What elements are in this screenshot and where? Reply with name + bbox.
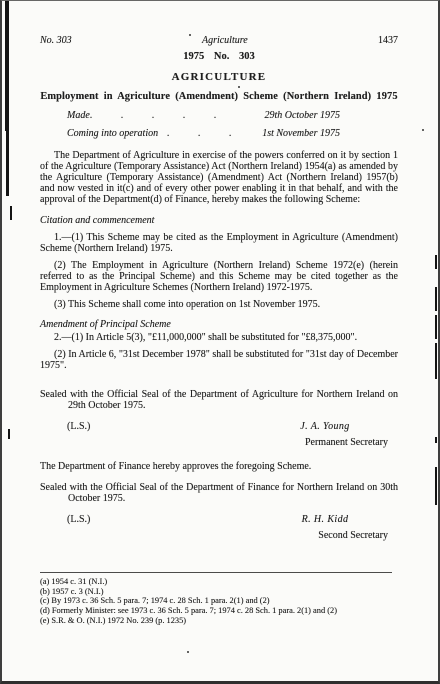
scan-artifact — [10, 206, 12, 220]
signatory-title-permanent-secretary: Permanent Secretary — [40, 437, 398, 448]
footnote-d: (d) Formerly Minister: see 1973 c. 36 Sc… — [40, 606, 394, 616]
scan-artifact — [435, 343, 437, 379]
section-heading-amendment: Amendment of Principal Scheme — [40, 319, 398, 330]
sealing-clause-finance: Sealed with the Official Seal of the Dep… — [40, 482, 398, 504]
category-heading: AGRICULTURE — [40, 71, 398, 83]
made-row: Made . . . . . . 29th October 1975 — [40, 110, 398, 121]
seal-mark: (L.S.) — [67, 514, 90, 525]
paragraph-1-2: (2) The Employment in Agriculture (North… — [40, 260, 398, 293]
seal-row-finance: (L.S.) R. H. Kidd — [40, 514, 398, 526]
scan-artifact — [435, 437, 437, 443]
preamble-paragraph: The Department of Agriculture in exercis… — [40, 150, 398, 205]
dot-leader: . . . — [158, 128, 240, 139]
scan-artifact — [435, 315, 437, 339]
running-head: No. 303 Agriculture 1437 — [40, 35, 398, 46]
section-heading-citation: Citation and commencement — [40, 215, 398, 226]
document-content: No. 303 Agriculture 1437 1975 No. 303 AG… — [40, 35, 398, 541]
paragraph-1-1: 1.—(1) This Scheme may be cited as the E… — [40, 232, 398, 254]
footnote-c: (c) By 1973 c. 36 Sch. 5 para. 7; 1974 c… — [40, 596, 394, 606]
signature-young: J. A. Young — [255, 421, 395, 432]
signatory-title-second-secretary: Second Secretary — [40, 530, 398, 541]
scanned-document-page: No. 303 Agriculture 1437 1975 No. 303 AG… — [0, 0, 440, 684]
statutory-number-line: 1975 No. 303 — [40, 51, 398, 62]
made-label: Made — [67, 110, 90, 121]
dot-leader: . . . . . . — [90, 110, 240, 121]
footnote-b: (b) 1957 c. 3 (N.I.) — [40, 587, 394, 597]
footnotes-block: (a) 1954 c. 31 (N.I.) (b) 1957 c. 3 (N.I… — [40, 572, 394, 626]
finance-approval-paragraph: The Department of Finance hereby approve… — [40, 461, 398, 472]
coming-into-operation-date: 1st November 1975 — [240, 128, 340, 139]
coming-into-operation-row: Coming into operation . . . 1st November… — [40, 128, 398, 139]
scan-speck — [187, 651, 189, 653]
page-number: 1437 — [378, 35, 398, 46]
scan-artifact — [8, 429, 10, 439]
footnote-a: (a) 1954 c. 31 (N.I.) — [40, 577, 394, 587]
signature-kidd: R. H. Kidd — [255, 514, 395, 525]
footnote-e: (e) S.R. & O. (N.I.) 1972 No. 239 (p. 12… — [40, 616, 394, 626]
paragraph-2-1: 2.—(1) In Article 5(3), "£11,000,000" sh… — [40, 332, 398, 343]
scan-artifact — [5, 1, 9, 131]
running-head-number: No. 303 — [40, 35, 72, 46]
scan-artifact — [6, 121, 9, 196]
scan-artifact — [435, 287, 437, 311]
seal-mark: (L.S.) — [67, 421, 90, 432]
made-date: 29th October 1975 — [240, 110, 340, 121]
coming-into-operation-label: Coming into operation — [67, 128, 158, 139]
scan-artifact — [435, 467, 437, 505]
scan-speck — [422, 129, 424, 131]
seal-row-agriculture: (L.S.) J. A. Young — [40, 421, 398, 433]
sealing-clause-agriculture: Sealed with the Official Seal of the Dep… — [40, 389, 398, 411]
scan-artifact — [435, 255, 437, 269]
document-title: Employment in Agriculture (Amendment) Sc… — [40, 91, 398, 102]
running-head-subject: Agriculture — [72, 35, 378, 46]
paragraph-2-2: (2) In Article 6, "31st December 1978" s… — [40, 349, 398, 371]
footnote-rule — [40, 572, 392, 573]
paragraph-1-3: (3) This Scheme shall come into operatio… — [40, 299, 398, 310]
